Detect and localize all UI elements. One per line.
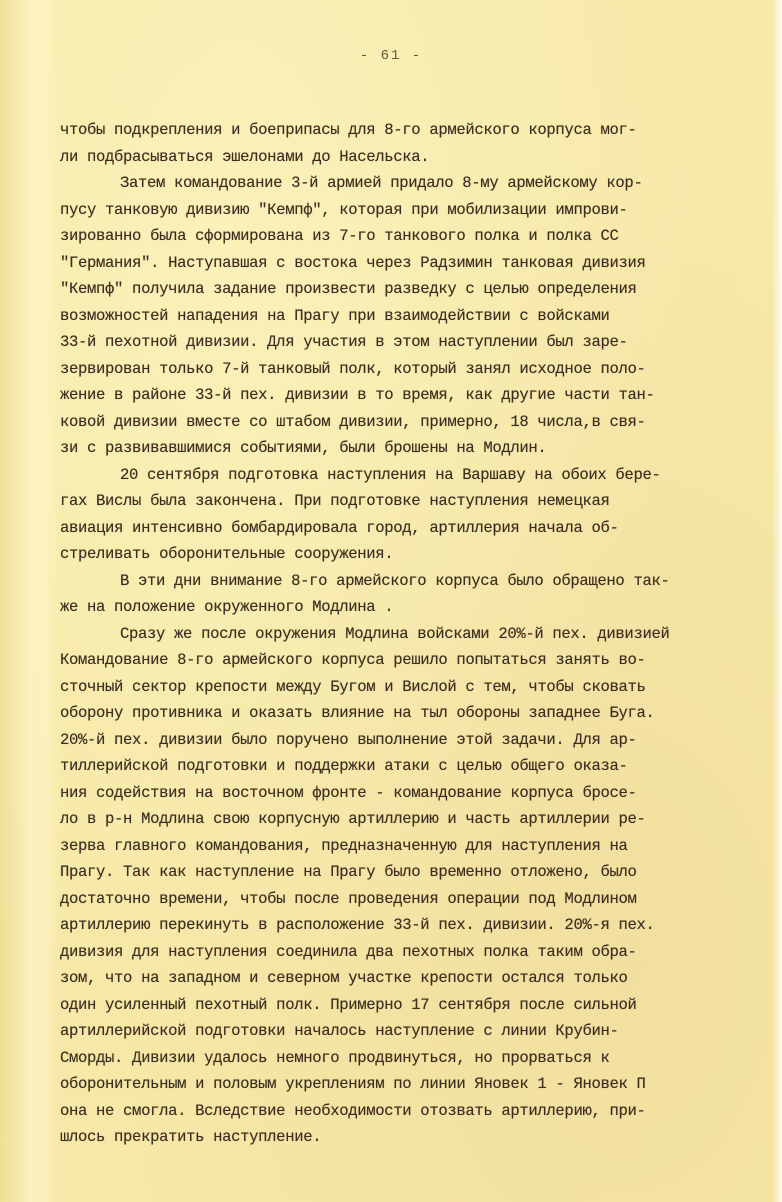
text-line: 20%-й пех. дивизии было поручено выполне… (60, 727, 750, 754)
text-line: авиация интенсивно бомбардировала город,… (60, 515, 750, 542)
text-line: пусу танковую дивизию "Кемпф", которая п… (60, 197, 750, 224)
text-line: возможностей нападения на Прагу при взаи… (60, 303, 750, 330)
text-line: шлось прекратить наступление. (60, 1124, 750, 1151)
text-line: же на положение окруженного Модлина . (60, 594, 750, 621)
text-line: стреливать оборонительные сооружения. (60, 541, 750, 568)
text-line: она не смогла. Вследствие необходимости … (60, 1098, 750, 1125)
text-line: оборону противника и оказать влияние на … (60, 700, 750, 727)
text-line: Сморды. Дивизии удалось немного продвину… (60, 1045, 750, 1072)
text-line: Прагу. Так как наступление на Прагу было… (60, 859, 750, 886)
text-line: артиллерийской подготовки началось насту… (60, 1018, 750, 1045)
document-body: чтобы подкрепления и боеприпасы для 8-го… (60, 117, 750, 1151)
text-line: зированно была сформирована из 7-го танк… (60, 223, 750, 250)
text-line: "Германия". Наступавшая с востока через … (60, 250, 750, 277)
page-left-edge (0, 0, 50, 1202)
text-line: сточный сектор крепости между Бугом и Ви… (60, 674, 750, 701)
text-line: зервирован только 7-й танковый полк, кот… (60, 356, 750, 383)
text-line: тиллерийской подготовки и поддержки атак… (60, 753, 750, 780)
text-line: Командование 8-го армейского корпуса реш… (60, 647, 750, 674)
text-line: зи с развивавшимися событиями, были брош… (60, 435, 750, 462)
text-line: зерва главного командования, предназначе… (60, 833, 750, 860)
text-line: ло в р-н Модлина свою корпусную артиллер… (60, 806, 750, 833)
page-number: - 61 - (0, 48, 782, 64)
text-line: ковой дивизии вместе со штабом дивизии, … (60, 409, 750, 436)
text-line: один усиленный пехотный полк. Примерно 1… (60, 992, 750, 1019)
page-right-edge (772, 0, 782, 1202)
text-line: оборонительным и половым укреплениям по … (60, 1071, 750, 1098)
text-line: зом, что на западном и северном участке … (60, 965, 750, 992)
text-line: В эти дни внимание 8-го армейского корпу… (60, 568, 750, 595)
text-line: достаточно времени, чтобы после проведен… (60, 886, 750, 913)
text-line: 20 сентября подготовка наступления на Ва… (60, 462, 750, 489)
text-line: ния содействия на восточном фронте - ком… (60, 780, 750, 807)
text-line: артиллерию перекинуть в расположение 33-… (60, 912, 750, 939)
text-line: дивизия для наступления соединила два пе… (60, 939, 750, 966)
text-line: "Кемпф" получила задание произвести разв… (60, 276, 750, 303)
text-line: жение в районе 33-й пех. дивизии в то вр… (60, 382, 750, 409)
text-line: гах Вислы была закончена. При подготовке… (60, 488, 750, 515)
text-line: ли подбрасываться эшелонами до Насельска… (60, 144, 750, 171)
text-line: Затем командование 3-й армией придало 8-… (60, 170, 750, 197)
text-line: чтобы подкрепления и боеприпасы для 8-го… (60, 117, 750, 144)
text-line: 33-й пехотной дивизии. Для участия в это… (60, 329, 750, 356)
text-line: Сразу же после окружения Модлина войскам… (60, 621, 750, 648)
